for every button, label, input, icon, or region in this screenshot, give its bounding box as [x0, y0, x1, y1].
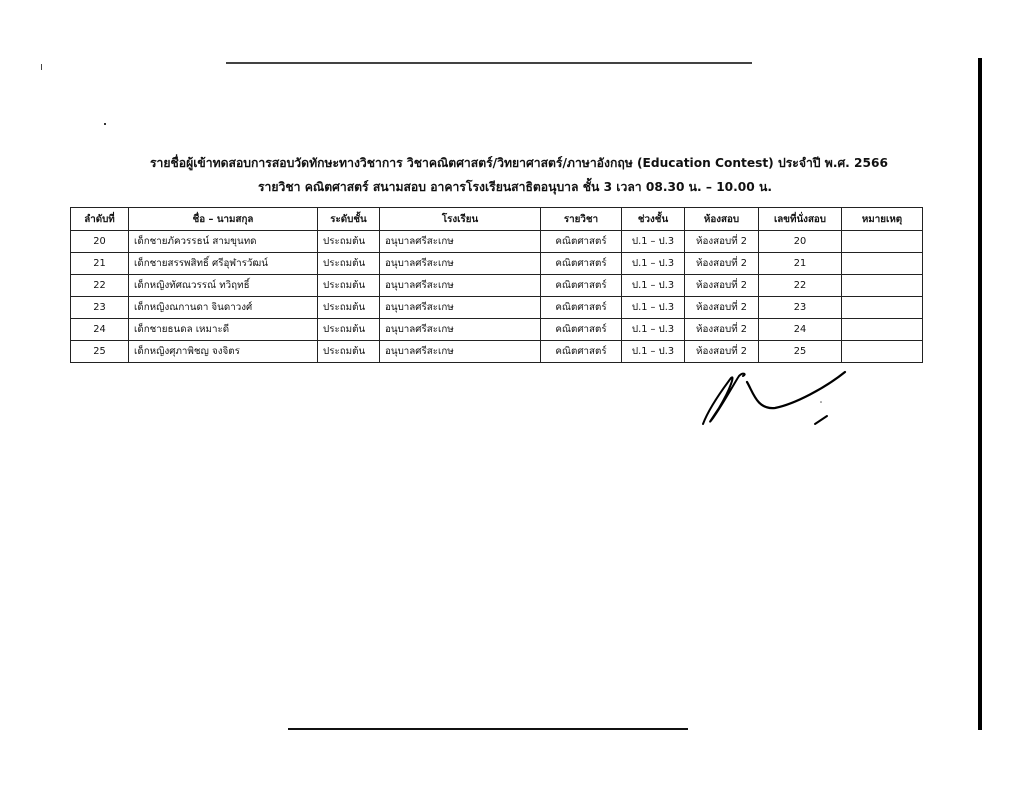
cell-order: 20 [71, 231, 129, 253]
cell-remarks [842, 275, 923, 297]
cell-subject: คณิตศาสตร์ [541, 253, 622, 275]
document-subtitle: รายวิชา คณิตศาสตร์ สนามสอบ อาคารโรงเรียน… [150, 178, 880, 197]
cell-subject: คณิตศาสตร์ [541, 341, 622, 363]
signature-icon [695, 368, 855, 430]
cell-name: เด็กชายสรรพสิทธิ์ ศรีอุฬารวัฒน์ [129, 253, 318, 275]
cell-seat-number: 25 [759, 341, 842, 363]
cell-grade-range: ป.1 – ป.3 [622, 297, 685, 319]
cell-school: อนุบาลศรีสะเกษ [380, 319, 541, 341]
cell-order: 24 [71, 319, 129, 341]
cell-exam-room: ห้องสอบที่ 2 [685, 297, 759, 319]
cell-subject: คณิตศาสตร์ [541, 319, 622, 341]
header-name: ชื่อ – นามสกุล [129, 208, 318, 231]
cell-school: อนุบาลศรีสะเกษ [380, 341, 541, 363]
cell-order: 21 [71, 253, 129, 275]
cell-order: 25 [71, 341, 129, 363]
cell-school: อนุบาลศรีสะเกษ [380, 275, 541, 297]
scan-page-edge [978, 58, 982, 730]
cell-level: ประถมต้น [318, 231, 380, 253]
cell-exam-room: ห้องสอบที่ 2 [685, 275, 759, 297]
cell-seat-number: 21 [759, 253, 842, 275]
cell-level: ประถมต้น [318, 319, 380, 341]
cell-remarks [842, 297, 923, 319]
cell-school: อนุบาลศรีสะเกษ [380, 231, 541, 253]
cell-name: เด็กชายธนดล เหมาะดี [129, 319, 318, 341]
cell-order: 22 [71, 275, 129, 297]
header-seat-number: เลขที่นั่งสอบ [759, 208, 842, 231]
cell-remarks [842, 341, 923, 363]
table-row: 22เด็กหญิงทัศณวรรณ์ ทวิฤทธิ์ประถมต้นอนุบ… [71, 275, 923, 297]
cell-exam-room: ห้องสอบที่ 2 [685, 253, 759, 275]
table-header-row: ลำดับที่ ชื่อ – นามสกุล ระดับชั้น โรงเรี… [71, 208, 923, 231]
cell-name: เด็กหญิงณกานดา จินดาวงศ์ [129, 297, 318, 319]
cell-subject: คณิตศาสตร์ [541, 275, 622, 297]
cell-school: อนุบาลศรีสะเกษ [380, 253, 541, 275]
scan-speck [104, 123, 106, 125]
cell-name: เด็กชายภัควรรธน์ สามขุนทด [129, 231, 318, 253]
header-remarks: หมายเหตุ [842, 208, 923, 231]
examinee-table: ลำดับที่ ชื่อ – นามสกุล ระดับชั้น โรงเรี… [70, 207, 923, 363]
cell-seat-number: 23 [759, 297, 842, 319]
table-row: 20เด็กชายภัควรรธน์ สามขุนทดประถมต้นอนุบา… [71, 231, 923, 253]
cell-seat-number: 24 [759, 319, 842, 341]
cell-level: ประถมต้น [318, 253, 380, 275]
header-school: โรงเรียน [380, 208, 541, 231]
header-order: ลำดับที่ [71, 208, 129, 231]
table-row: 23เด็กหญิงณกานดา จินดาวงศ์ประถมต้นอนุบาล… [71, 297, 923, 319]
table-row: 25เด็กหญิงศุภาพิชญ จงจิตรประถมต้นอนุบาลศ… [71, 341, 923, 363]
cell-name: เด็กหญิงทัศณวรรณ์ ทวิฤทธิ์ [129, 275, 318, 297]
table-row: 21เด็กชายสรรพสิทธิ์ ศรีอุฬารวัฒน์ประถมต้… [71, 253, 923, 275]
cell-exam-room: ห้องสอบที่ 2 [685, 231, 759, 253]
header-level: ระดับชั้น [318, 208, 380, 231]
header-grade-range: ช่วงชั้น [622, 208, 685, 231]
cell-exam-room: ห้องสอบที่ 2 [685, 319, 759, 341]
cell-level: ประถมต้น [318, 297, 380, 319]
cell-grade-range: ป.1 – ป.3 [622, 231, 685, 253]
scan-speck [41, 64, 42, 70]
cell-grade-range: ป.1 – ป.3 [622, 275, 685, 297]
cell-remarks [842, 231, 923, 253]
cell-grade-range: ป.1 – ป.3 [622, 319, 685, 341]
cell-subject: คณิตศาสตร์ [541, 231, 622, 253]
cell-name: เด็กหญิงศุภาพิชญ จงจิตร [129, 341, 318, 363]
header-exam-room: ห้องสอบ [685, 208, 759, 231]
cell-grade-range: ป.1 – ป.3 [622, 341, 685, 363]
header-subject: รายวิชา [541, 208, 622, 231]
cell-remarks [842, 253, 923, 275]
cell-order: 23 [71, 297, 129, 319]
cell-seat-number: 20 [759, 231, 842, 253]
table-row: 24เด็กชายธนดล เหมาะดีประถมต้นอนุบาลศรีสะ… [71, 319, 923, 341]
cell-grade-range: ป.1 – ป.3 [622, 253, 685, 275]
document-title: รายชื่อผู้เข้าทดสอบการสอบวัดทักษะทางวิชา… [150, 154, 880, 173]
cell-remarks [842, 319, 923, 341]
scan-top-rule [226, 62, 752, 64]
cell-level: ประถมต้น [318, 275, 380, 297]
cell-level: ประถมต้น [318, 341, 380, 363]
scan-bottom-rule [288, 728, 688, 730]
cell-exam-room: ห้องสอบที่ 2 [685, 341, 759, 363]
cell-seat-number: 22 [759, 275, 842, 297]
cell-subject: คณิตศาสตร์ [541, 297, 622, 319]
cell-school: อนุบาลศรีสะเกษ [380, 297, 541, 319]
